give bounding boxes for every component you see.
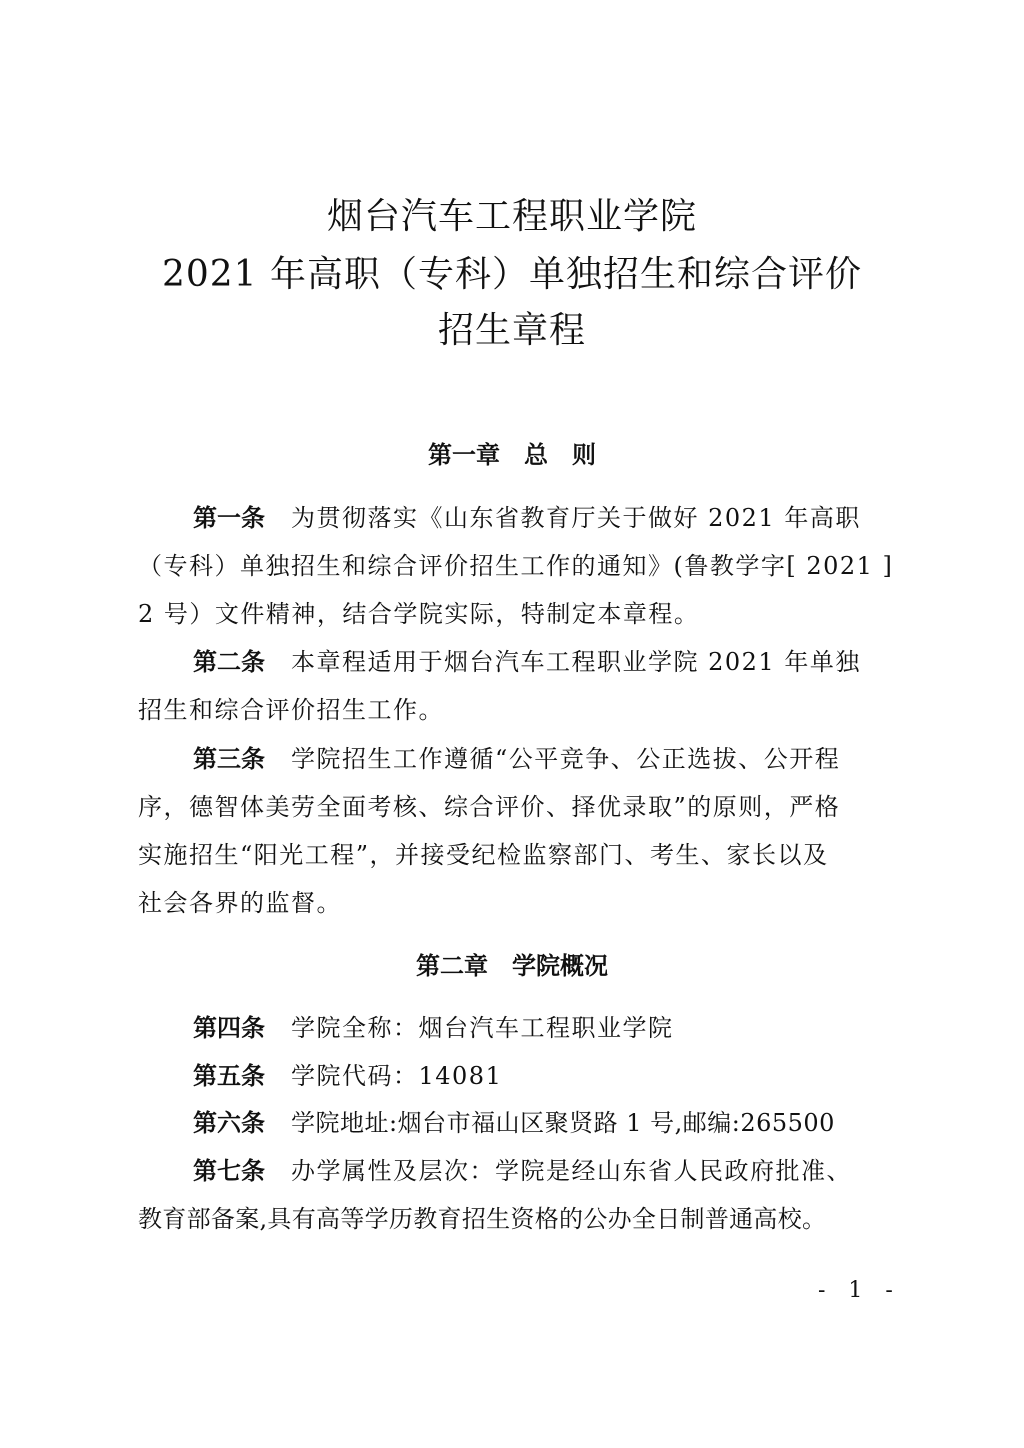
article-1-label: 第一条 — [193, 504, 265, 532]
article-2-line-2: 招生和综合评价招生工作。 — [138, 690, 444, 725]
article-2-line-1: 第二条本章程适用于烟台汽车工程职业学院 2021 年单独 — [193, 642, 861, 677]
article-2-label: 第二条 — [193, 648, 265, 676]
article-3-line-1: 第三条学院招生工作遵循“公平竞争、公正选拔、公开程 — [193, 739, 840, 774]
article-3-line-4: 社会各界的监督。 — [138, 883, 342, 918]
article-4-line-1: 第四条学院全称：烟台汽车工程职业学院 — [193, 1008, 674, 1043]
article-6-label: 第六条 — [193, 1109, 265, 1137]
article-7-line-1: 第七条办学属性及层次：学院是经山东省人民政府批准、 — [193, 1151, 852, 1186]
title-line-1: 烟台汽车工程职业学院 — [0, 188, 1024, 239]
article-3-label: 第三条 — [193, 745, 265, 773]
article-5-label: 第五条 — [193, 1062, 265, 1090]
article-7-line-2: 教育部备案,具有高等学历教育招生资格的公办全日制普通高校。 — [138, 1199, 826, 1234]
article-3-line-2: 序，德智体美劳全面考核、综合评价、择优录取”的原则，严格 — [138, 787, 840, 822]
article-4-label: 第四条 — [193, 1014, 265, 1042]
article-3-line-3: 实施招生“阳光工程”，并接受纪检监察部门、考生、家长以及 — [138, 835, 829, 870]
chapter-1-heading: 第一章 总 则 — [0, 435, 1024, 470]
title-line-2: 2021 年高职（专科）单独招生和综合评价 — [0, 246, 1024, 297]
article-1-line-1: 第一条为贯彻落实《山东省教育厅关于做好 2021 年高职 — [193, 498, 861, 533]
title-line-3: 招生章程 — [0, 302, 1024, 353]
chapter-2-heading: 第二章 学院概况 — [0, 946, 1024, 981]
article-5-line-1: 第五条学院代码：14081 — [193, 1056, 502, 1091]
article-1-line-3: 2 号）文件精神，结合学院实际，特制定本章程。 — [138, 594, 699, 629]
page-number: - 1 - — [818, 1278, 901, 1303]
article-1-line-2: （专科）单独招生和综合评价招生工作的通知》(鲁教学字[ 2021 ] — [138, 546, 893, 581]
article-7-label: 第七条 — [193, 1157, 265, 1185]
article-6-line-1: 第六条学院地址:烟台市福山区聚贤路 1 号,邮编:265500 — [193, 1103, 835, 1138]
